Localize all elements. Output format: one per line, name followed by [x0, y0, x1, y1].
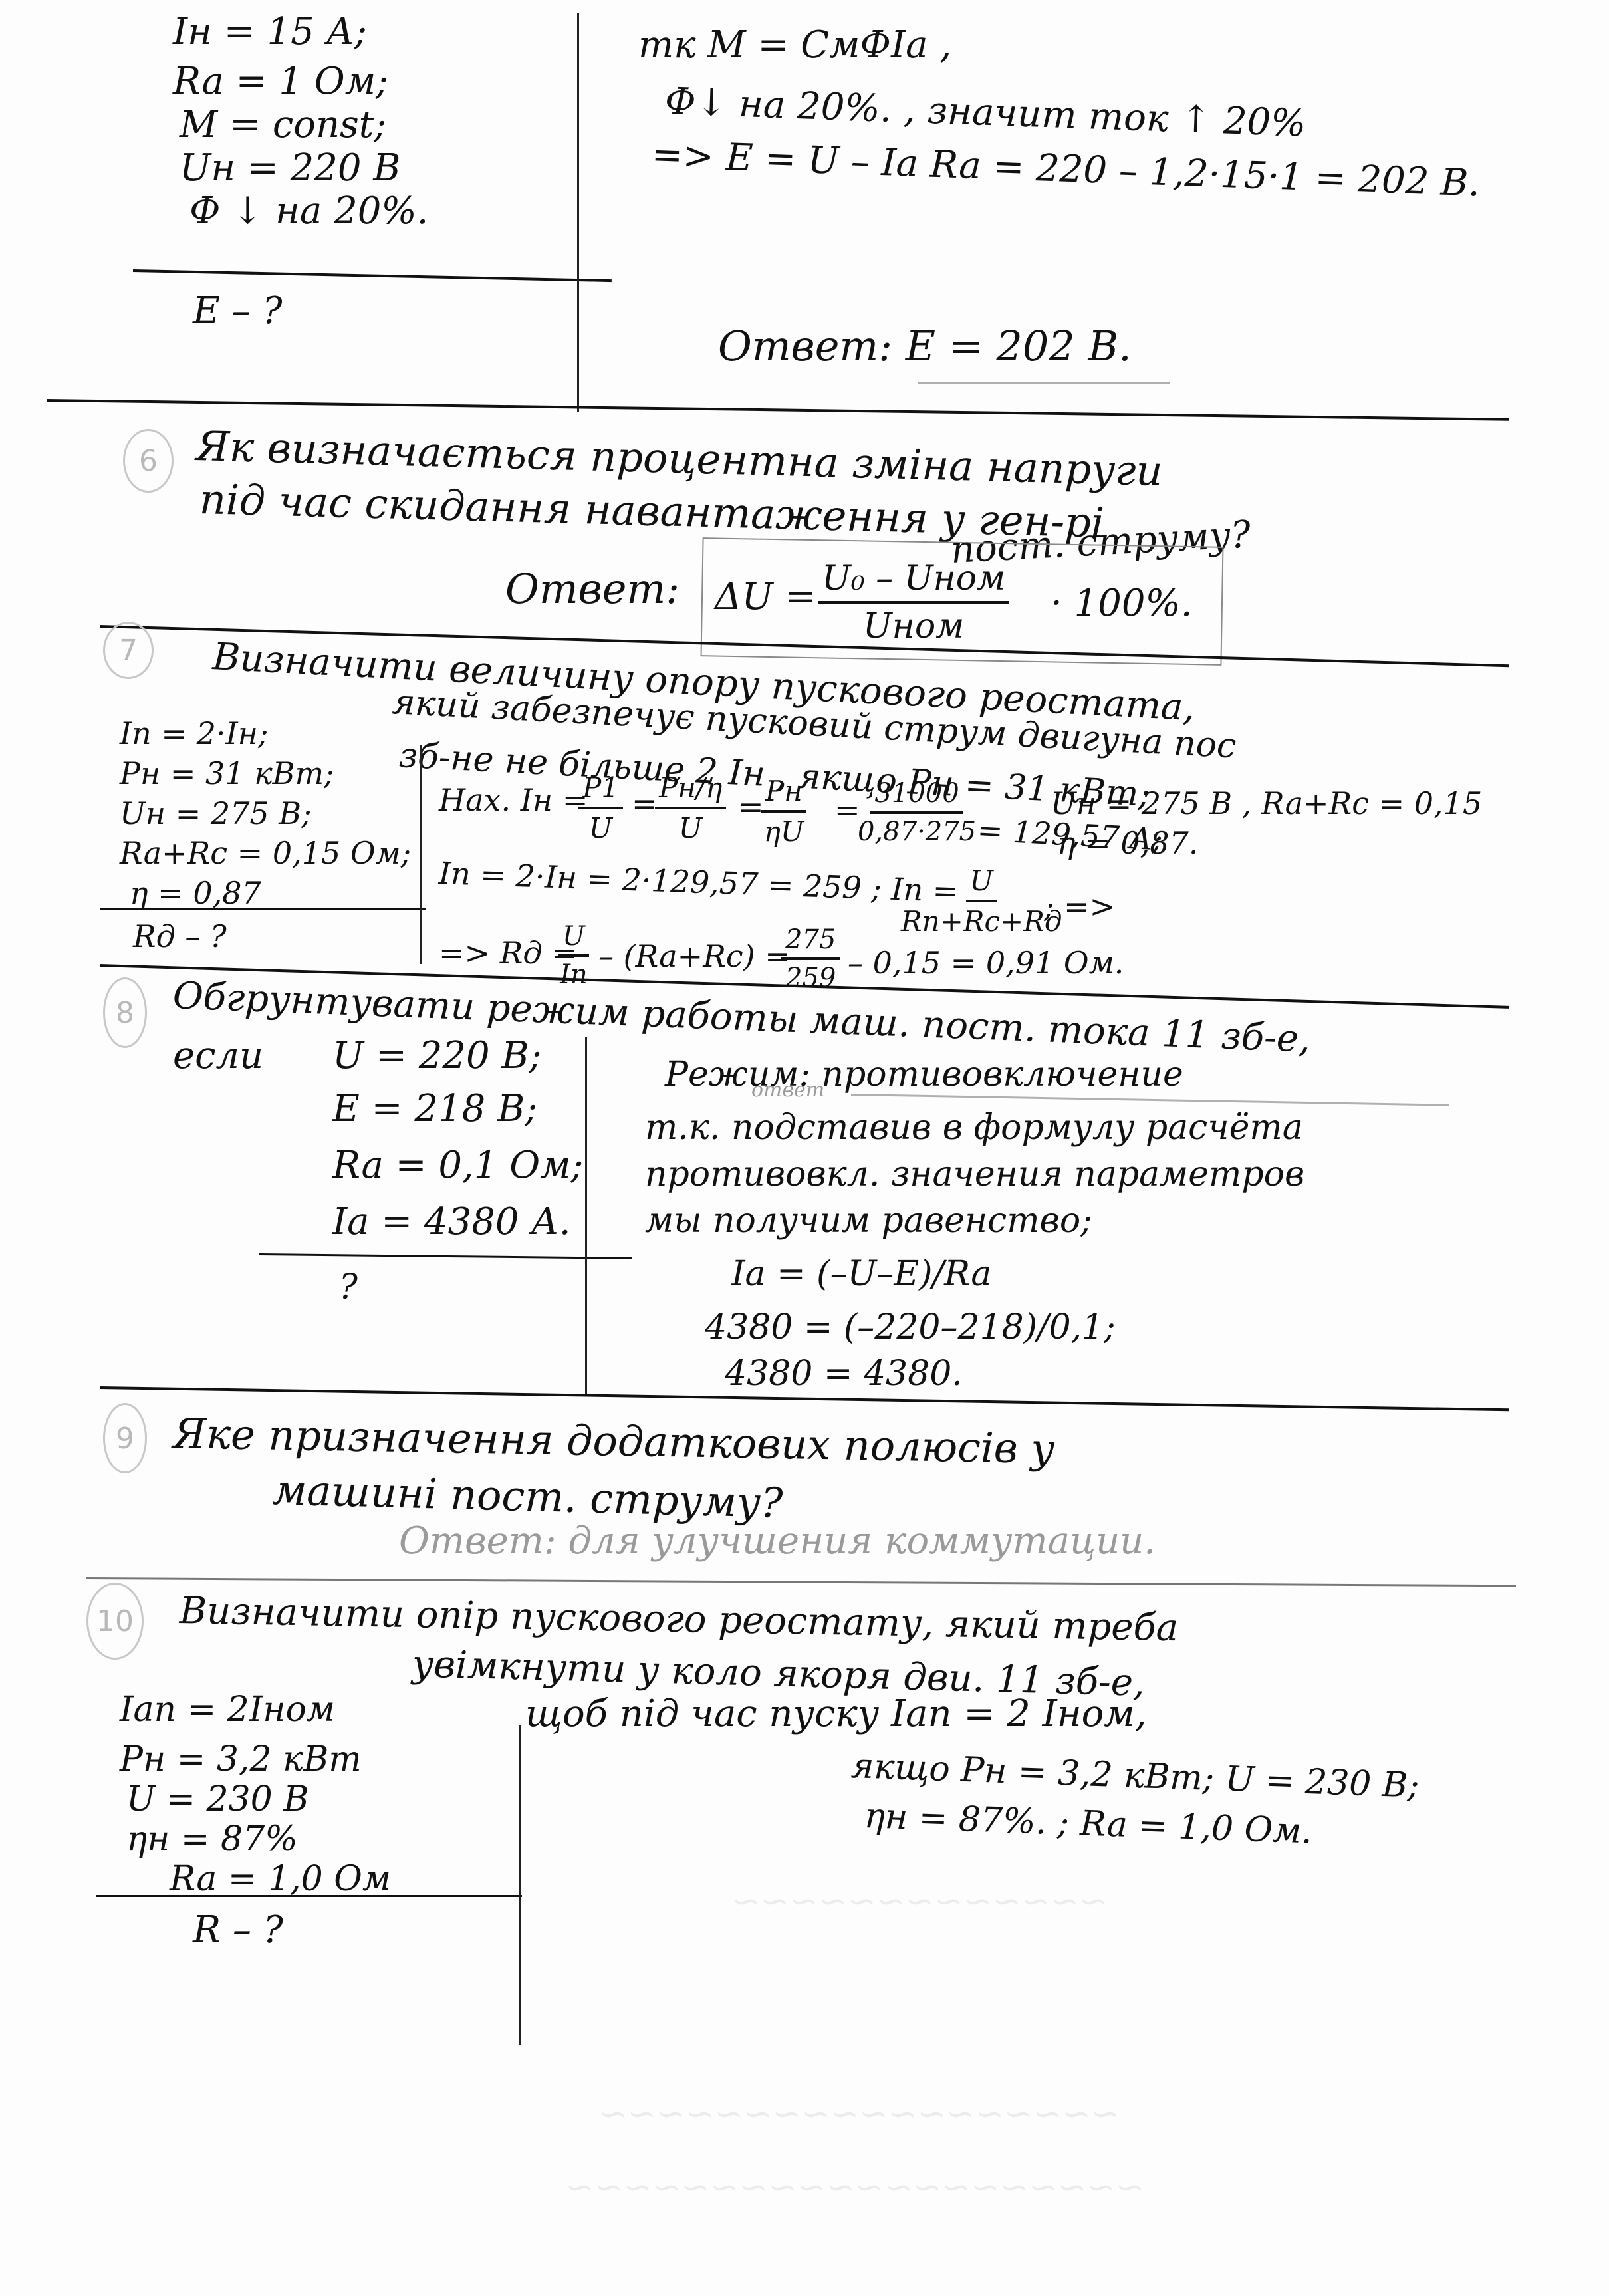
- given-efficiency: η = 0,87: [130, 878, 261, 908]
- given-divider: [133, 269, 612, 282]
- solution-line: => E = U – Ia Ra = 220 – 1,2·15·1 = 202 …: [651, 136, 1481, 202]
- given-efficiency: ηн = 87%: [126, 1822, 298, 1856]
- find-label: E – ?: [193, 293, 283, 330]
- solution-line: тк M = CмФIa ,: [638, 27, 951, 64]
- bleed-through-text: ~~~~~~~~~~~~~~~~~~~~: [565, 2168, 1144, 2208]
- equals: =: [632, 788, 658, 819]
- given-start-current: Iап = 2Iном: [120, 1692, 335, 1727]
- given-voltage: U = 220 В;: [332, 1037, 541, 1075]
- fraction-denominator: Uном: [863, 604, 965, 646]
- given-resistance: Ra = 0,1 Ом;: [332, 1147, 583, 1184]
- solution-formula: Ia = (–U–E)/Ra: [731, 1257, 991, 1291]
- fraction-numerator: U₀ – Uном: [818, 559, 1009, 604]
- given-voltage: U = 230 В: [126, 1782, 309, 1817]
- given-divider: [100, 908, 426, 910]
- solution-line: Iп = 2·Iн = 2·129,57 = 259 ; Iп =: [438, 858, 959, 906]
- denominator: Iп: [560, 957, 588, 990]
- solution-check: 4380 = 4380.: [725, 1356, 963, 1391]
- equals: =: [738, 791, 764, 822]
- solution-tail: ; =>: [1044, 891, 1115, 922]
- numerator: U: [558, 921, 589, 957]
- section-divider: [86, 1577, 1516, 1587]
- find-label: Rд – ?: [133, 921, 227, 952]
- solution-prefix: Нах. Iн =: [439, 785, 588, 815]
- question-line: Uн = 275 В , Ra+Rc = 0,15: [1051, 788, 1482, 819]
- numerator: U: [966, 864, 997, 902]
- formula-lhs: ΔU =: [715, 578, 816, 616]
- find-label: R – ?: [193, 1912, 283, 1949]
- given-voltage: Uн = 220 В: [180, 150, 400, 187]
- given-torque: M = const;: [180, 106, 386, 144]
- problem-number-circle: 7: [103, 622, 154, 679]
- answer-label: Ответ:: [505, 569, 680, 610]
- column-divider: [420, 745, 422, 964]
- numerator: Pн: [761, 775, 806, 813]
- fraction: PнηU: [761, 775, 806, 848]
- solution-substitution: 4380 = (–220–218)/0,1;: [705, 1310, 1116, 1344]
- fraction: URп+Rc+Rд: [901, 864, 1062, 938]
- fraction: Pн/ηU: [655, 771, 726, 844]
- faint-answer-note: ответ: [751, 1081, 824, 1100]
- numerator: P1: [578, 771, 623, 809]
- section-divider: [47, 399, 1509, 421]
- denominator: U: [679, 809, 702, 844]
- question-line: если: [173, 1037, 263, 1075]
- given-divider: [96, 1895, 522, 1897]
- bleed-through-text: ~~~~~~~~~~~~~~~~~~: [598, 2095, 1120, 2134]
- denominator: Rп+Rc+Rд: [901, 902, 1062, 938]
- problem-number-circle: 9: [103, 1403, 147, 1473]
- solution-result: – 0,15 = 0,91 Ом.: [848, 948, 1124, 978]
- pencil-underline: [851, 1094, 1449, 1106]
- given-resistance: Ra = 1,0 Ом: [170, 1862, 391, 1896]
- numerator: Pн/η: [655, 771, 726, 809]
- fraction: P1U: [578, 771, 623, 844]
- formula-tail: · 100%.: [1051, 585, 1193, 622]
- fraction: 310000,87·275: [858, 778, 976, 847]
- denominator: 0,87·275: [858, 814, 976, 847]
- solution-line: т.к. подставив в формулу расчёта: [645, 1110, 1303, 1145]
- numerator: 31000: [870, 778, 963, 814]
- question-line: машині пост. струму?: [272, 1469, 783, 1524]
- answer-underline: [918, 382, 1170, 384]
- problem-number-circle: 8: [103, 977, 147, 1048]
- given-power: Pн = 31 кВт;: [120, 758, 334, 789]
- column-divider: [519, 1725, 521, 2045]
- solution-line: Ф↓ на 20%. , значит ток ↑ 20%: [664, 83, 1306, 143]
- bleed-through-text: ~~~~~~~~~~~~~: [731, 1882, 1108, 1922]
- given-resistance: Ra+Rc = 0,15 Ом;: [120, 838, 411, 868]
- formula-fraction: U₀ – Uном Uном: [818, 559, 1009, 646]
- given-emf: E = 218 В;: [332, 1090, 537, 1128]
- given-voltage: Uн = 275 В;: [120, 798, 312, 829]
- column-divider: [585, 1037, 587, 1396]
- answer: Ответ: E = 202 В.: [718, 326, 1132, 367]
- solution-mid: – (Ra+Rc) =: [598, 941, 791, 971]
- given-current: Iн = 15 А;: [173, 13, 367, 51]
- given-flux: Ф ↓ на 20%.: [189, 193, 428, 230]
- question-line: ηн = 87%. ; Ra = 1,0 Ом.: [864, 1799, 1313, 1849]
- faint-answer: Ответ: для улучшения коммутации.: [399, 1523, 1156, 1560]
- given-divider: [259, 1253, 632, 1259]
- solution-result: = 129,57 А;: [977, 815, 1164, 855]
- equals: =: [834, 795, 860, 825]
- denominator: U: [589, 809, 612, 844]
- problem-number-circle: 10: [86, 1583, 144, 1660]
- find-label: ?: [339, 1270, 358, 1305]
- fraction: 275259: [781, 924, 840, 993]
- solution-line: противовкл. значения параметров: [645, 1157, 1304, 1192]
- question-line: щоб під час пуску Iап = 2 Iном,: [525, 1696, 1147, 1733]
- given-start-current: Iп = 2·Iн;: [120, 718, 268, 749]
- given-resistance: Ra = 1 Ом;: [173, 63, 388, 100]
- problem-number-circle: 6: [123, 429, 174, 493]
- solution-mode: Режим: противовключение: [665, 1057, 1183, 1092]
- question-line: Визначити опір пускового реостату, який …: [180, 1593, 1179, 1647]
- column-divider: [577, 13, 579, 412]
- solution-prefix: => Rд =: [439, 938, 578, 968]
- numerator: 275: [781, 924, 840, 960]
- question-line: Яке призначення додаткових полюсів у: [172, 1413, 1055, 1469]
- given-current: Ia = 4380 А.: [332, 1204, 571, 1241]
- given-power: Pн = 3,2 кВт: [120, 1742, 362, 1777]
- question-line: якщо Pн = 3,2 кВт; U = 230 В;: [850, 1749, 1420, 1803]
- denominator: ηU: [764, 813, 804, 848]
- solution-line: мы получим равенство;: [645, 1204, 1092, 1238]
